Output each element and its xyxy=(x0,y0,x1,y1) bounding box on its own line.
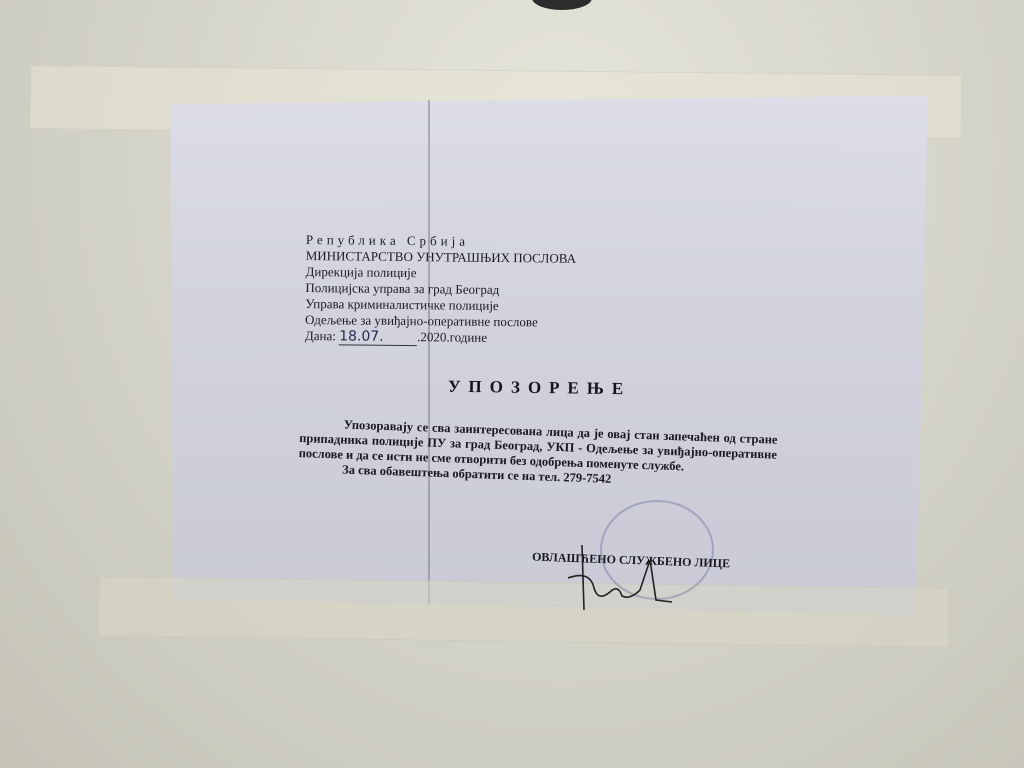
date-label: Дана: xyxy=(305,328,336,343)
notice-paper xyxy=(166,89,929,616)
paper-fold-line xyxy=(428,100,430,605)
header-date: Дана: 18.07..2020.године xyxy=(305,328,575,348)
signature xyxy=(560,540,700,630)
notice-header: Република Србија МИНИСТАРСТВО УНУТРАШЊИХ… xyxy=(305,232,576,348)
date-handwritten: 18.07. xyxy=(339,328,417,346)
date-suffix: .2020.године xyxy=(417,329,487,345)
tape-bottom xyxy=(98,576,951,648)
notice-title: УПОЗОРЕЊЕ xyxy=(448,377,631,400)
door-knob xyxy=(532,0,592,10)
